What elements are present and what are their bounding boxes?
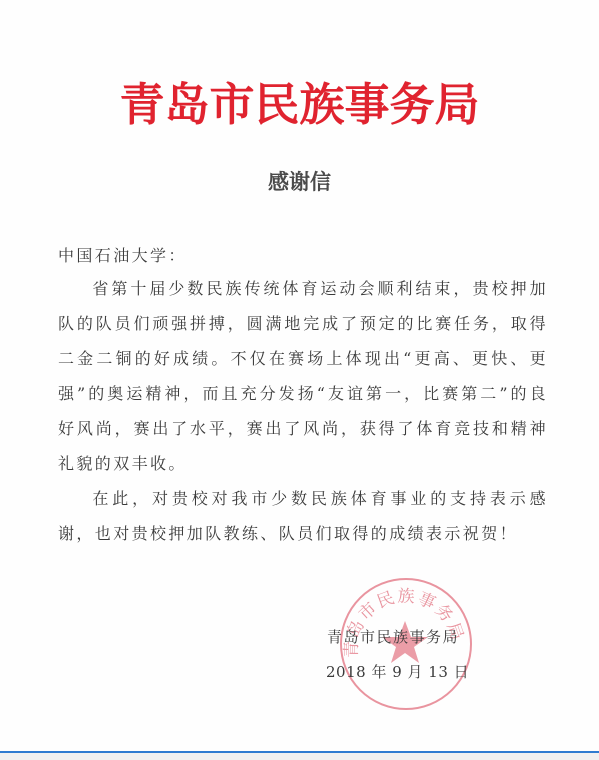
document-title: 感谢信 (0, 168, 599, 196)
signature-date: 2018 年 9 月 13 日 (326, 662, 526, 682)
letterhead-organization: 青岛市民族事务局 (0, 80, 599, 130)
paragraph-1: 省第十届少数民族传统体育运动会顺利结束，贵校押加队的队员们顽强拼搏，圆满地完成了… (58, 271, 548, 481)
bottom-strip (0, 753, 599, 760)
letter-page: 青岛市民族事务局 感谢信 中国石油大学： 省第十届少数民族传统体育运动会顺利结束… (0, 0, 599, 752)
salutation: 中国石油大学： (58, 238, 548, 271)
letter-body: 中国石油大学： 省第十届少数民族传统体育运动会顺利结束，贵校押加队的队员们顽强拼… (58, 238, 548, 551)
signature-organization: 青岛市民族事务局 (327, 627, 527, 647)
paragraph-2: 在此，对贵校对我市少数民族体育事业的支持表示感谢，也对贵校押加队教练、队员们取得… (58, 481, 548, 551)
